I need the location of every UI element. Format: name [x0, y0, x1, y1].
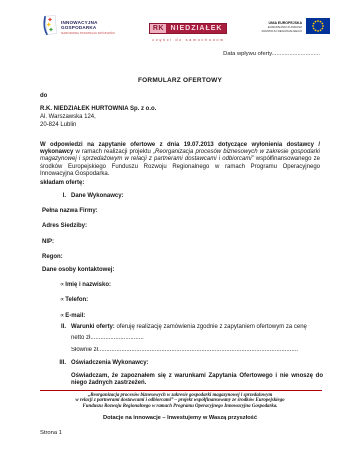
- innowacyjna-gospodarka-wordmark: INNOWACYJNA GOSPODARKA NARODOWA STRATEGI…: [61, 20, 115, 37]
- header-logo-row: INNOWACYJNA GOSPODARKA NARODOWA STRATEGI…: [0, 0, 360, 42]
- ig-name-line2: GOSPODARKA: [61, 25, 115, 30]
- section2-number: II.: [54, 324, 66, 331]
- bullet-marker-icon: ∝: [60, 282, 64, 288]
- section3-heading: Oświadczenia Wykonawcy:: [71, 360, 149, 367]
- section1-heading-row: I. Dane Wykonawcy:: [54, 193, 324, 200]
- offer-form-document-page: INNOWACYJNA GOSPODARKA NARODOWA STRATEGI…: [0, 0, 360, 466]
- intro-paragraph: W odpowiedzi na zapytanie ofertowe z dni…: [40, 142, 320, 179]
- field-contact-person: Dane osoby kontaktowej:: [42, 267, 320, 274]
- section2-heading: Warunki oferty:: [71, 324, 115, 330]
- submit-offer-line: składam ofertę:: [40, 180, 320, 186]
- section1-number: I.: [54, 193, 66, 200]
- rk-tagline: części do samochodów: [149, 37, 227, 42]
- bullet-marker-icon: ∝: [60, 297, 64, 303]
- section3-number: III.: [54, 360, 66, 367]
- bullet-email: ∝E-mail:: [60, 313, 320, 320]
- section2-heading-row: II. Warunki oferty: oferuję realizację z…: [54, 324, 324, 331]
- eu-flag-icon: [306, 18, 330, 39]
- net-price-fill-line: netto zł................................: [71, 335, 324, 342]
- eu-funds-logo: UNIA EUROPEJSKA EUROPEJSKI FUNDUSZ ROZWO…: [262, 18, 330, 39]
- rk-niedzialek-wordmark: RK NIEDZIAŁEK: [149, 23, 227, 34]
- footer-disclaimer: „Reorganizacja procesów biznesowych w za…: [32, 393, 328, 410]
- bullet-full-name-label: Imię i nazwisko:: [65, 282, 111, 288]
- footer-separator-line: [40, 390, 322, 391]
- field-nip: NIP:: [42, 239, 320, 246]
- page-number: Strona 1: [40, 430, 360, 436]
- addressee-intro: do: [40, 93, 320, 99]
- ig-subtitle: NARODOWA STRATEGIA SPÓJNOŚCI: [61, 31, 115, 36]
- recipient-company: R.K. NIEDZIAŁEK HURTOWNIA Sp. z o.o.: [40, 105, 320, 113]
- eu-funds-wordmark: UNIA EUROPEJSKA EUROPEJSKI FUNDUSZ ROZWO…: [262, 22, 302, 34]
- footer-slogan: Dotacje na innowacje – Inwestujemy w Was…: [0, 415, 360, 421]
- innowacyjna-gospodarka-logo: INNOWACYJNA GOSPODARKA NARODOWA STRATEGI…: [42, 15, 115, 41]
- document-title: FORMULARZ OFERTOWY: [0, 77, 360, 84]
- field-address: Adres Siedziby:: [42, 223, 320, 230]
- intro-mid: w ramach realizacji projektu: [73, 149, 153, 155]
- recipient-city: 20-824 Lublin: [40, 121, 320, 129]
- bullet-phone: ∝Telefon:: [60, 297, 320, 304]
- section2-text: Warunki oferty: oferuję realizację zamów…: [71, 324, 307, 331]
- field-regon: Regon:: [42, 254, 320, 261]
- section1-heading: Dane Wykonawcy:: [71, 193, 124, 200]
- eu-regional-line: ROZWOJU REGIONALNEGO: [262, 30, 302, 34]
- section3-heading-row: III. Oświadczenia Wykonawcy:: [54, 360, 324, 367]
- recipient-street: Al. Warszawska 124,: [40, 113, 320, 121]
- rk-abbr-badge: RK: [150, 24, 166, 33]
- amount-in-words-fill-line: Słownie zł..............................…: [71, 347, 324, 354]
- date-of-receipt-line: Data wpływu oferty......................…: [0, 51, 360, 57]
- bullet-full-name: ∝Imię i nazwisko:: [60, 282, 320, 289]
- field-company-name: Pełna nazwa Firmy:: [42, 208, 320, 215]
- section2-body: oferuję realizację zamówienia zgodnie z …: [115, 324, 307, 330]
- bullet-marker-icon: ∝: [60, 313, 64, 319]
- rk-company-name: NIEDZIAŁEK: [166, 24, 226, 33]
- bullet-phone-label: Telefon:: [65, 297, 88, 303]
- rk-niedzialek-logo: RK NIEDZIAŁEK części do samochodów: [149, 17, 227, 42]
- declaration-statement: Oświadczam, że zapoznałem się z warunkam…: [71, 373, 323, 388]
- disclaimer-line-3: Funduszu Rozwoju Regionalnego w ramach P…: [32, 404, 328, 410]
- bullet-email-label: E-mail:: [65, 313, 85, 319]
- innowacyjna-gospodarka-star-icon: [42, 15, 58, 41]
- recipient-address-block: R.K. NIEDZIAŁEK HURTOWNIA Sp. z o.o. Al.…: [40, 105, 320, 129]
